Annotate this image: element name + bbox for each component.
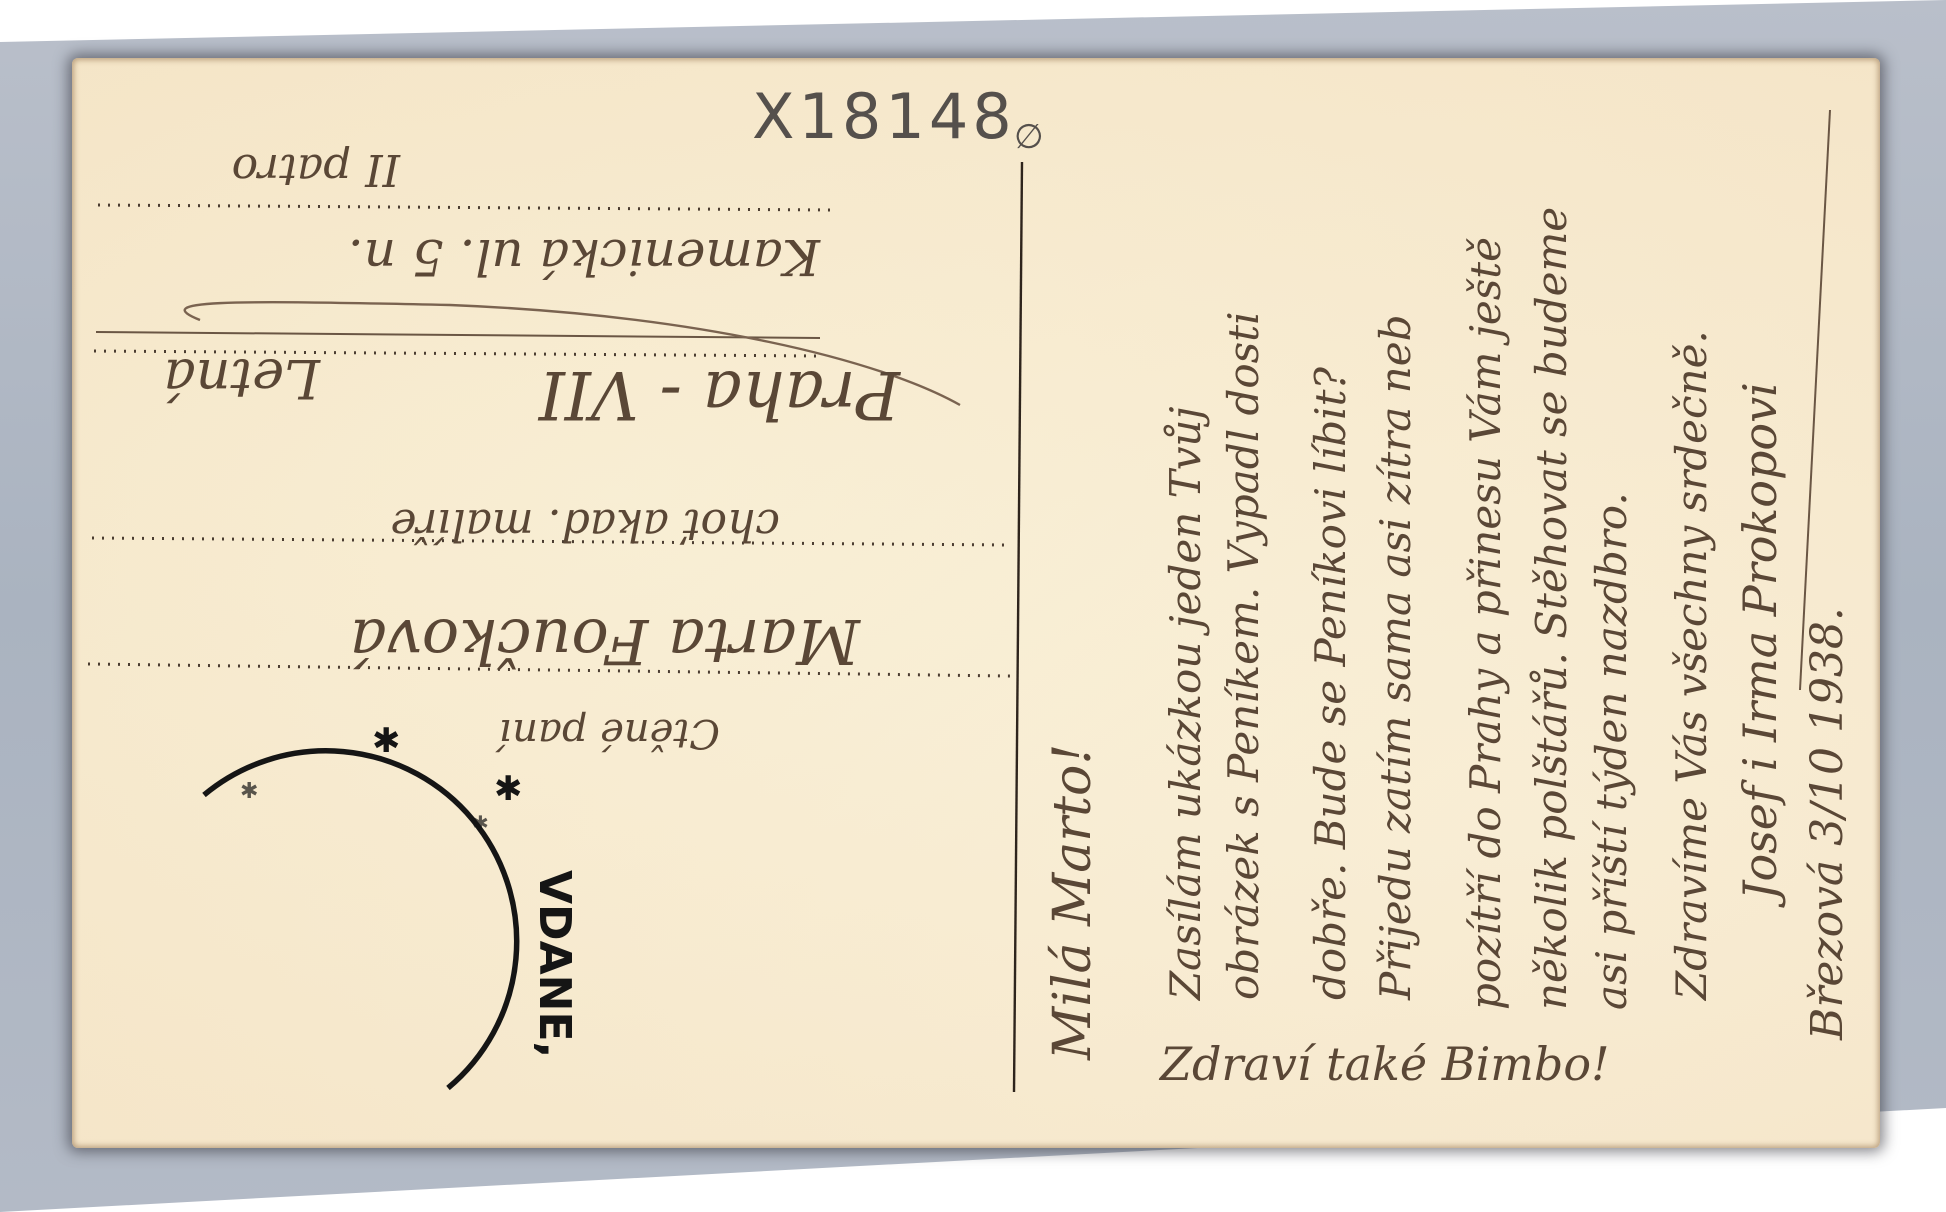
message-line: Přijedu zatím sama asi zítra neb	[1371, 315, 1420, 1001]
message-line: asi příští týden nazdbro.	[1587, 492, 1636, 1010]
address-salutation: Ctěné paní	[494, 710, 720, 756]
center-divider	[1014, 162, 1022, 1092]
catalog-mark: ∅	[1014, 117, 1044, 157]
message-greeting: Milá Marto!	[1043, 744, 1103, 1061]
address-floor: II patro	[232, 144, 401, 195]
message-line: Zasílám ukázkou jeden Tvůj	[1161, 407, 1210, 1003]
message-postscript: Zdraví také Bimbo!	[1158, 1037, 1610, 1091]
message-place-date: Březová 3/10 1938.	[1802, 607, 1853, 1041]
star-icon: ✱	[240, 779, 258, 804]
address-recipient: Marta Foučková	[350, 605, 861, 678]
address-city: Praha - VII	[537, 356, 901, 433]
address-title: choť akad. malíře	[390, 499, 780, 550]
star-icon: ✱	[372, 721, 401, 761]
message-line: pozítří do Prahy a přinesu Vám ještě	[1461, 237, 1510, 1010]
message-line: dobře. Bude se Peníkovi líbit?	[1306, 367, 1355, 1000]
address-block: II patro Kamenická ul. 5 n. Praha - VII …	[164, 144, 902, 756]
message-signature: Josef i Irma Prokopovi	[1733, 382, 1787, 908]
message-block: Milá Marto! Zasílám ukázkou jeden Tvůj o…	[1043, 110, 1853, 1061]
postcard-markings: X18148 ∅ II patro Kamenická ul. 5 n. Pra…	[0, 0, 1946, 1212]
message-line: několik polštářů. Stěhovat se budeme	[1527, 207, 1576, 1010]
postmark-text: VDANE,	[529, 870, 580, 1058]
signature-flourish	[1800, 110, 1830, 690]
address-district: Letná	[164, 347, 322, 410]
address-street: Kamenická ul. 5 n.	[348, 228, 821, 286]
star-icon: ✱	[472, 811, 489, 835]
message-line: Zdravíme Vás všechny srdečně.	[1667, 330, 1716, 1002]
message-line: obrázek s Peníkem. Vypadl dosti	[1219, 311, 1268, 1000]
ink-line	[96, 332, 820, 338]
catalog-number: X18148	[752, 80, 1016, 153]
postmark: ✱ ✱ ✱ ✱ VDANE,	[204, 721, 580, 1088]
star-icon: ✱	[494, 769, 523, 809]
